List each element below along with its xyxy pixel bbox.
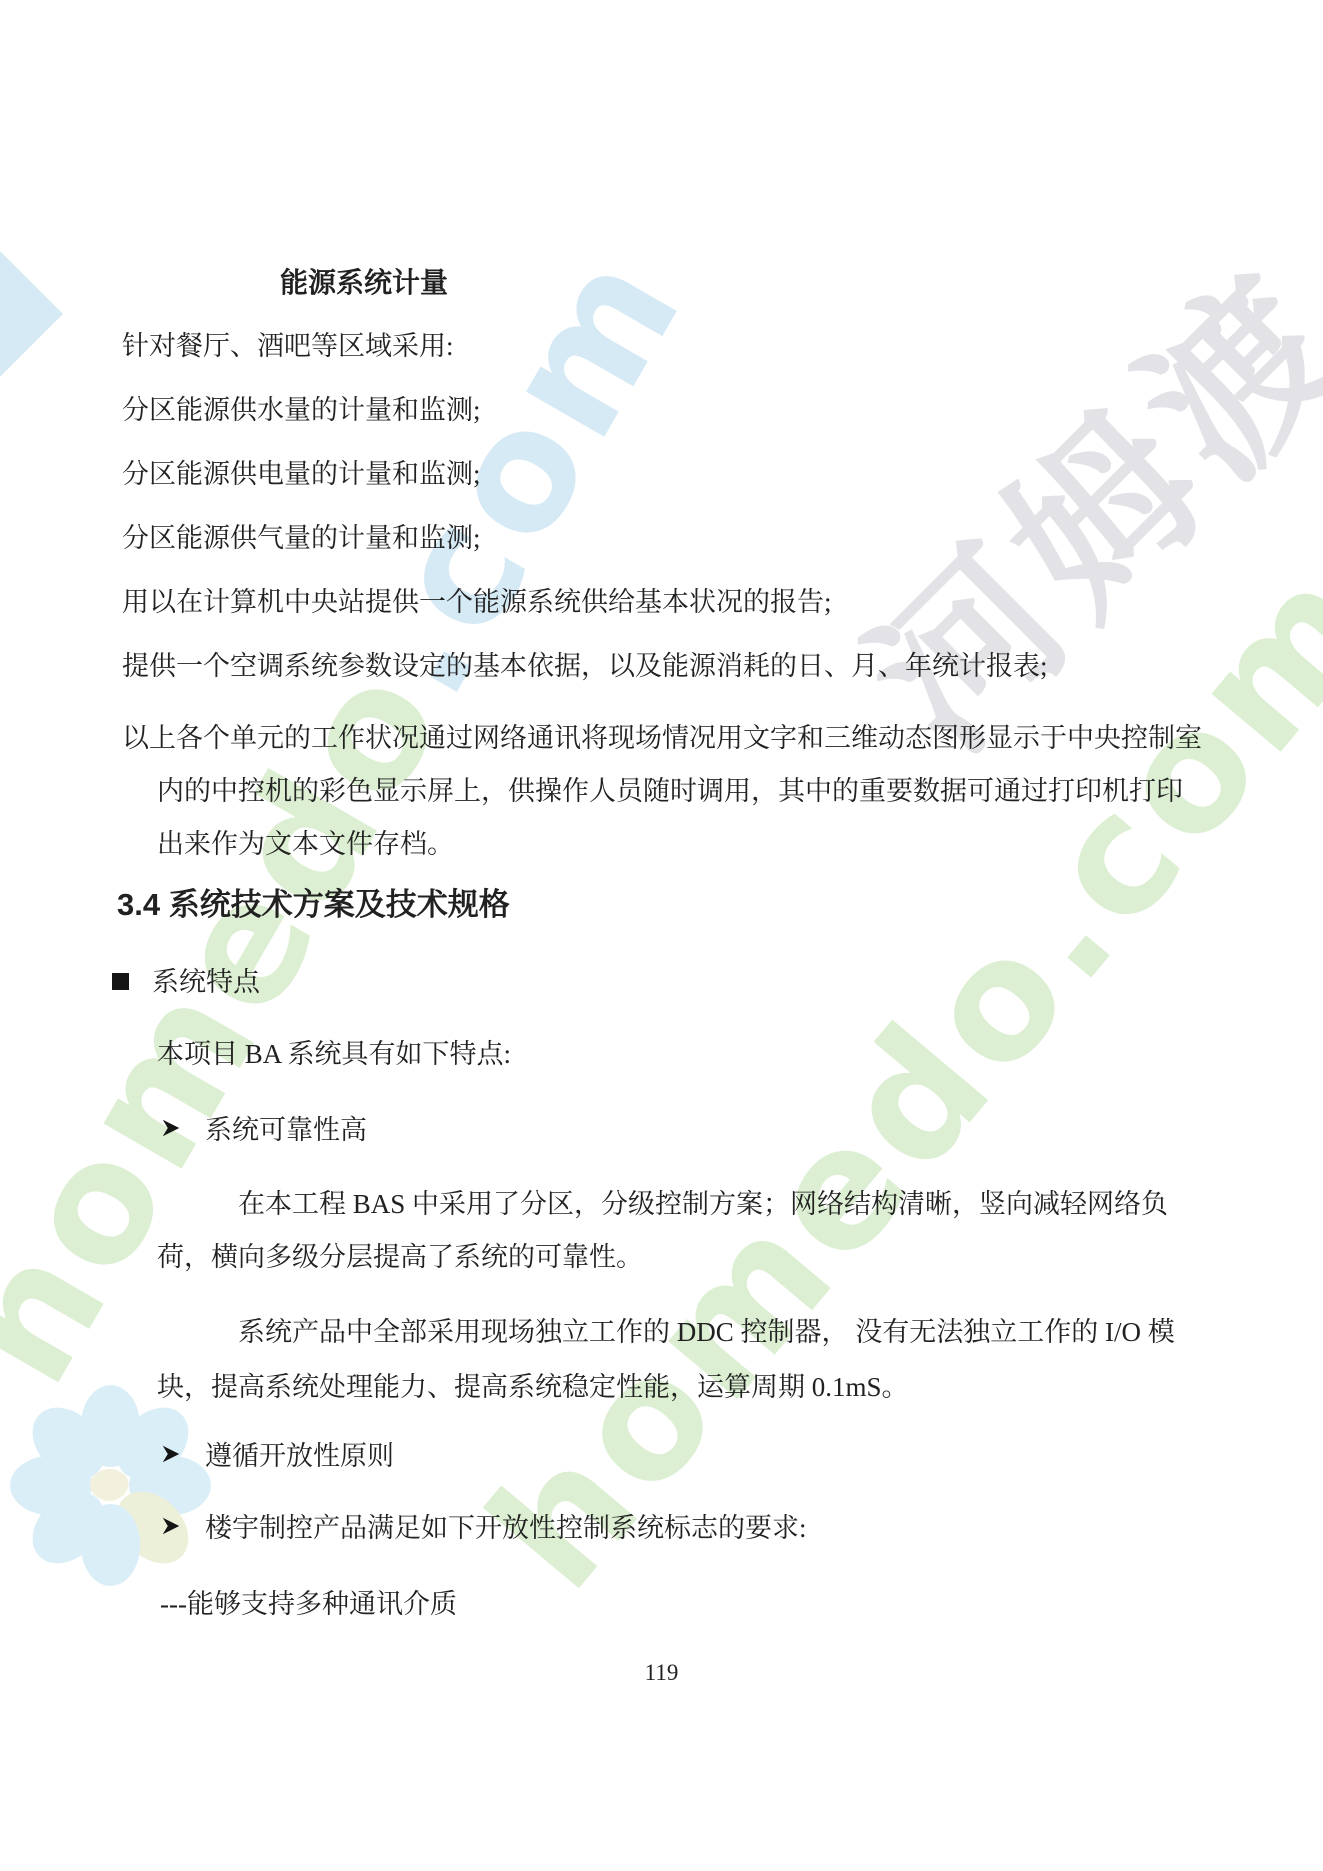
arrow-bullet-icon (160, 1117, 182, 1139)
intro-line: 分区能源供水量的计量和监测; (122, 394, 481, 426)
paragraph-line: 块，提高系统处理能力、提高系统稳定性能，运算周期 0.1mS。 (157, 1371, 909, 1403)
feature-header: 系统特点 (152, 966, 260, 998)
intro-line: 提供一个空调系统参数设定的基本依据，以及能源消耗的日、月、年统计报表; (122, 650, 1048, 682)
arrow-bullet-icon (160, 1443, 182, 1465)
bullet-building: 楼宇制控产品满足如下开放性控制系统标志的要求: (205, 1512, 807, 1544)
watermark-fragment (0, 249, 63, 379)
paragraph-line: 荷，横向多级分层提高了系统的可靠性。 (157, 1241, 643, 1273)
summary-line: 以上各个单元的工作状况通过网络通讯将现场情况用文字和三维动态图形显示于中央控制室 (122, 722, 1202, 754)
square-bullet-icon (112, 973, 129, 990)
intro-line: 用以在计算机中央站提供一个能源系统供给基本状况的报告; (122, 586, 832, 618)
intro-line: 针对餐厅、酒吧等区域采用: (122, 330, 454, 362)
flower-logo-icon (8, 1383, 213, 1593)
bullet-openness: 遵循开放性原则 (205, 1440, 394, 1472)
intro-line: 分区能源供气量的计量和监测; (122, 522, 481, 554)
heading-3-4: 3.4 系统技术方案及技术规格 (117, 886, 510, 923)
intro-line: 分区能源供电量的计量和监测; (122, 458, 481, 490)
paragraph-line: 在本工程 BAS 中采用了分区，分级控制方案；网络结构清晰，竖向减轻网络负 (238, 1188, 1168, 1220)
section-title: 能源系统计量 (280, 266, 448, 300)
summary-line: 出来作为文本文件存档。 (157, 828, 454, 860)
summary-line: 内的中控机的彩色显示屏上，供操作人员随时调用，其中的重要数据可通过打印机打印 (157, 775, 1183, 807)
bullet-reliability: 系统可靠性高 (205, 1114, 367, 1146)
feature-intro: 本项目 BA 系统具有如下特点: (157, 1038, 511, 1070)
arrow-bullet-icon (160, 1515, 182, 1537)
page-number: 119 (0, 1660, 1323, 1686)
document-page: homedo.com homedo.com 河姆渡 能源系统计量 针对餐 (0, 0, 1323, 1871)
dash-item: ---能够支持多种通讯介质 (160, 1588, 457, 1620)
paragraph-line: 系统产品中全部采用现场独立工作的 DDC 控制器， 没有无法独立工作的 I/O … (238, 1316, 1175, 1348)
